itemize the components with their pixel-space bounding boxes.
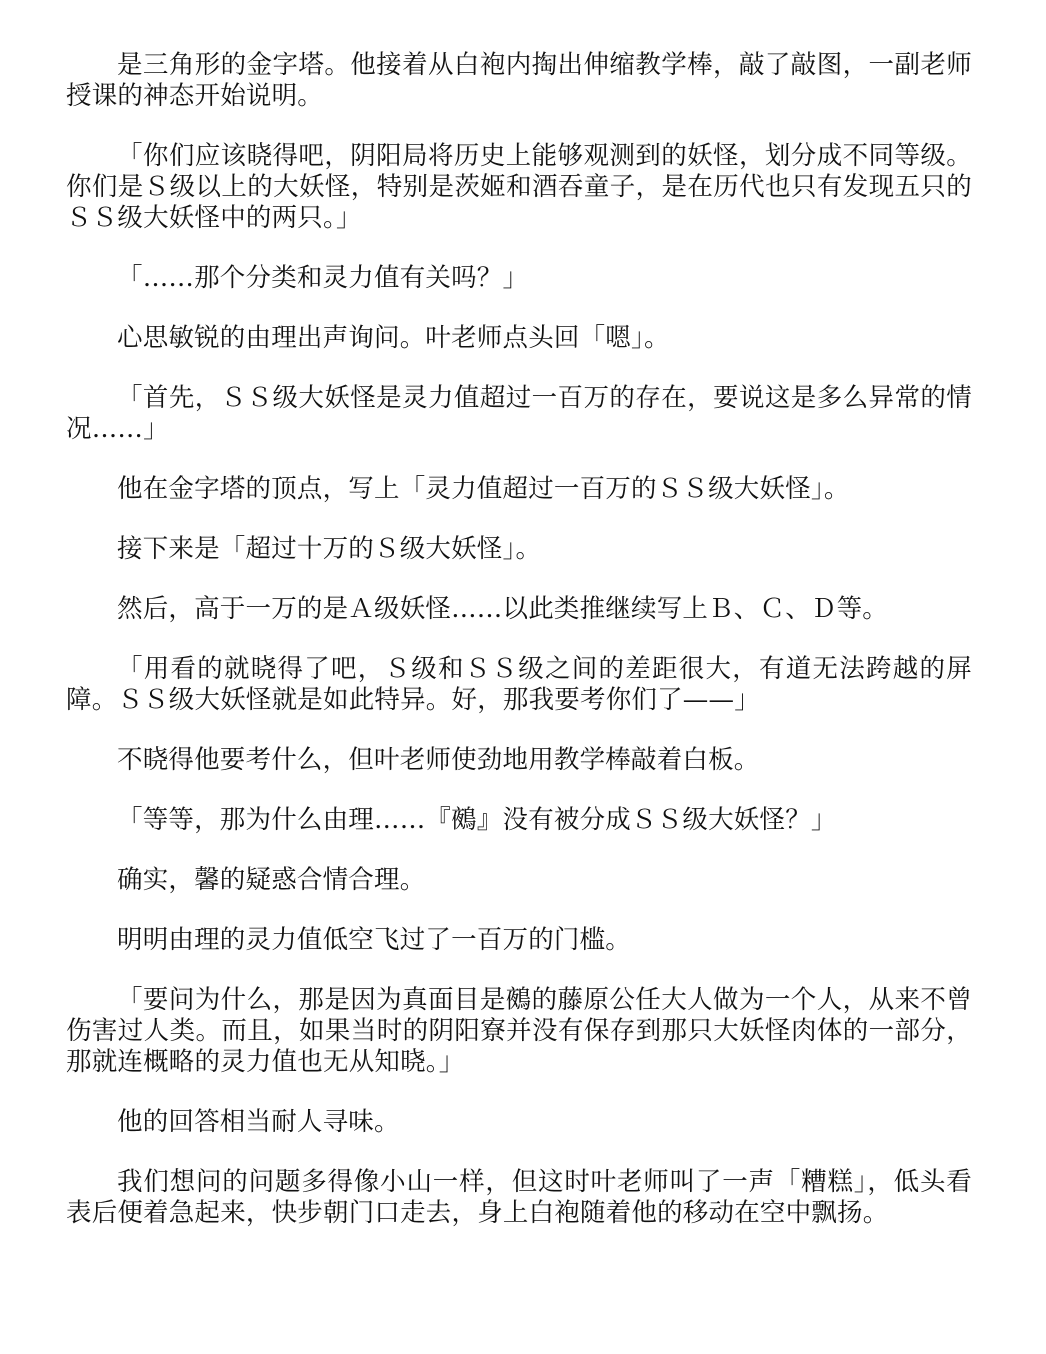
paragraph: 「等等，那为什么由理……『鵺』没有被分成ＳＳ级大妖怪？」 (66, 805, 972, 836)
paragraph: 「你们应该晓得吧，阴阳局将历史上能够观测到的妖怪，划分成不同等级。你们是Ｓ级以上… (66, 141, 972, 234)
paragraph: 接下来是「超过十万的Ｓ级大妖怪」。 (66, 534, 972, 565)
paragraph: 不晓得他要考什么，但叶老师使劲地用教学棒敲着白板。 (66, 745, 972, 776)
paragraph: 「用看的就晓得了吧，Ｓ级和ＳＳ级之间的差距很大，有道无法跨越的屏障。ＳＳ级大妖怪… (66, 654, 972, 716)
paragraph: 确实，馨的疑惑合情合理。 (66, 865, 972, 896)
paragraph: 「……那个分类和灵力值有关吗？」 (66, 263, 972, 294)
paragraph: 是三角形的金字塔。他接着从白袍内掏出伸缩教学棒，敲了敲图，一副老师授课的神态开始… (66, 50, 972, 112)
paragraph: 我们想问的问题多得像小山一样，但这时叶老师叫了一声「糟糕」，低头看表后便着急起来… (66, 1167, 972, 1229)
paragraph: 然后，高于一万的是Ａ级妖怪……以此类推继续写上Ｂ、Ｃ、Ｄ等。 (66, 594, 972, 625)
paragraph: 他的回答相当耐人寻味。 (66, 1107, 972, 1138)
paragraph: 明明由理的灵力值低空飞过了一百万的门槛。 (66, 925, 972, 956)
document-page: 是三角形的金字塔。他接着从白袍内掏出伸缩教学棒，敲了敲图，一副老师授课的神态开始… (66, 50, 972, 1258)
paragraph: 他在金字塔的顶点，写上「灵力值超过一百万的ＳＳ级大妖怪」。 (66, 474, 972, 505)
paragraph: 「首先，ＳＳ级大妖怪是灵力值超过一百万的存在，要说这是多么异常的情况……」 (66, 383, 972, 445)
paragraph: 「要问为什么，那是因为真面目是鵺的藤原公任大人做为一个人，从来不曾伤害过人类。而… (66, 985, 972, 1078)
paragraph: 心思敏锐的由理出声询问。叶老师点头回「嗯」。 (66, 323, 972, 354)
